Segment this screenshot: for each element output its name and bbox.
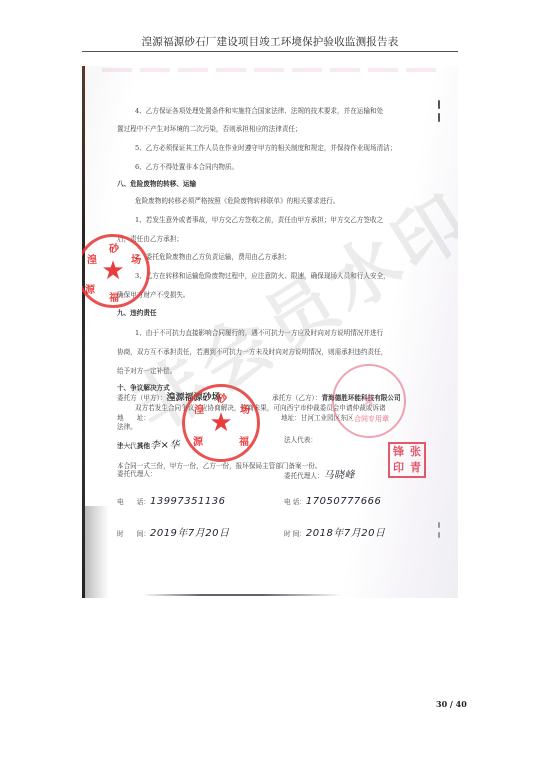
page-header-title: 湟源福源砂石厂建设项目竣工环境保护验收监测报告表	[82, 34, 458, 52]
stamp-b-text: 合同专用章	[354, 414, 389, 424]
party-a-date-label: 时 间：	[117, 530, 150, 538]
contract-line: 危险废物的转移必须严格按照《危险废物转移联单》的相关要求进行。	[135, 196, 339, 206]
party-a-date: 时 间：2019年7月20日	[117, 524, 230, 539]
party-b-date-label: 时 间：	[284, 530, 306, 538]
party-a-phone: 电 话：13997351136	[117, 496, 225, 507]
party-a-agent-label: 委托代理人：	[117, 468, 157, 478]
stamp-char: 场	[131, 251, 141, 266]
party-a-label-text: 委托方（甲方）：	[117, 394, 166, 402]
stamp-char: 场	[240, 401, 250, 416]
party-b-agent-label: 委托代理人：	[284, 472, 324, 480]
section-heading: 八、危险废物的转移、运输	[117, 179, 196, 189]
header-rule	[82, 51, 458, 52]
contract-line: 3、乙方在转移和运输危险废物过程中，应注意防火、限速，确保现场人员和行人安全，	[135, 271, 390, 281]
contract-line: 5、乙方必须保证其工作人员在作业时遵守甲方的相关制度和规定，并保持作业现场清洁；	[135, 143, 396, 153]
contract-line: 协商，双方互不承担责任，若遇到不可抗力一方未及时向对方说明情况，则需承担违约责任…	[117, 347, 387, 357]
contract-line: 2、委托危险废物由乙方负责运输，费用由乙方承担；	[135, 252, 291, 262]
star-icon: ★	[361, 392, 377, 410]
party-b-contract-stamp: 合同专用章 ★	[332, 364, 406, 438]
party-b-label-text: 承托方（乙方）：	[272, 394, 321, 402]
contract-line: 4、乙方保证各项处理处置条件和实施符合国家法律、法规的技术要求，并在运输和处	[135, 106, 383, 116]
page-number: 30 / 40	[436, 699, 467, 709]
party-a-address-label: 地 址：	[117, 412, 150, 422]
seal-char: 锋	[390, 444, 407, 460]
contract-line: 6、乙方不得处置非本合同内物质。	[135, 162, 238, 172]
contract-text: 4、乙方保证各项处理处置条件和实施符合国家法律、法规的技术要求，并在运输和处置过…	[82, 66, 458, 598]
section-heading: 九、违约责任	[117, 308, 157, 318]
contract-photo: 4、乙方保证各项处理处置条件和实施符合国家法律、法规的技术要求，并在运输和处置过…	[82, 66, 458, 598]
contract-line: 置过程中不产生对环境的二次污染，否则承担相应的法律责任；	[117, 124, 302, 134]
party-b-phone-label: 电 话：	[284, 498, 306, 506]
party-b-phone-value: 17050777666	[306, 496, 382, 507]
party-b-agent: 委托代理人：马晓峰	[284, 466, 355, 481]
contract-line: 1、若发生意外或者事故，甲方交乙方签收之前，责任由甲方承担；甲方交乙方签收之	[135, 215, 383, 225]
party-b-date-value: 2018年7月20日	[306, 528, 386, 539]
party-a-legal-rep-label: 法人代表：	[117, 442, 150, 450]
stamp-char: 源	[193, 433, 203, 448]
stamp-char: 福	[239, 433, 249, 448]
stamp-char: 湟	[87, 251, 97, 266]
seal-char: 印	[390, 460, 407, 476]
party-a-date-value: 2019年7月20日	[150, 528, 230, 539]
contract-line: 法律。	[117, 422, 137, 432]
seal-char: 张	[407, 444, 424, 460]
star-icon: ★	[101, 258, 124, 284]
stamp-char: 砂	[217, 390, 227, 405]
party-a-phone-value: 13997351136	[150, 496, 226, 507]
party-b-phone: 电 话：17050777666	[284, 496, 381, 507]
party-a-stamp-signature: 湟 砂 场 源 福 ★	[182, 384, 260, 462]
stamp-char: 砂	[109, 240, 119, 255]
stamp-char: 湟	[194, 401, 204, 416]
stamp-char: 源	[85, 281, 95, 296]
party-b-address-label: 地址：	[281, 414, 301, 422]
party-a-legal-rep: 法人代表：李×华	[117, 436, 180, 451]
contract-line: 1、由于不可抗力直接影响合同履行的，遇不可抗力一方应及时向对方说明情况并进行	[135, 328, 383, 338]
star-icon: ★	[209, 410, 232, 436]
stamp-char: 福	[109, 289, 119, 304]
party-a-legal-rep-signature: 李×华	[150, 440, 180, 451]
party-b-date: 时 间：2018年7月20日	[284, 524, 385, 539]
contract-line: 给予对方一定补偿。	[117, 366, 176, 376]
seal-char: 青	[407, 460, 424, 476]
party-b-legal-rep-label: 法人代表：	[284, 434, 317, 444]
party-a-phone-label: 电 话：	[117, 498, 150, 506]
personal-seal: 张 锋 青 印	[388, 442, 426, 478]
party-b-agent-signature: 马晓峰	[324, 470, 356, 481]
